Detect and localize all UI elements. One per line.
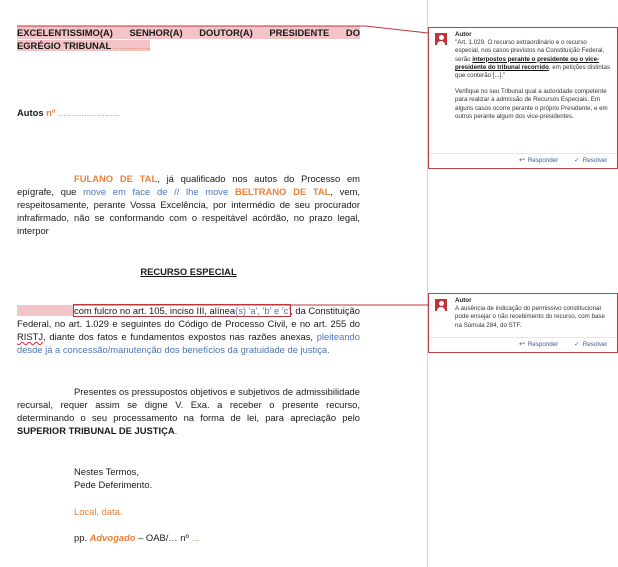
reply-icon: ↩ xyxy=(519,157,525,165)
court-name: SUPERIOR TRIBUNAL DE JUSTIÇA xyxy=(17,425,175,436)
presentes-end: . xyxy=(175,425,178,436)
reply-button[interactable]: ↩Responder xyxy=(519,157,558,165)
reply-label: Responder xyxy=(528,341,558,348)
sign-placeholder: ... xyxy=(192,532,200,543)
party-1: FULANO DE TAL xyxy=(74,173,157,184)
address-line-2: EGRÉGIO TRIBUNAL .............. xyxy=(17,40,150,51)
user-avatar-icon xyxy=(435,299,447,311)
intro-paragraph[interactable]: FULANO DE TAL, já qualificado nos autos … xyxy=(17,172,360,237)
resolve-button[interactable]: ✓Resolver xyxy=(574,157,607,165)
fundamento-paragraph[interactable]: com fulcro no art. 105, inciso III, alín… xyxy=(17,304,360,356)
comment-1-actions: ↩Responder ✓Resolver xyxy=(429,153,617,168)
comment-1-body: Autor "Art. 1.029. O recurso extraordiná… xyxy=(455,31,611,121)
resolve-icon: ✓ xyxy=(574,341,580,349)
local-data[interactable]: Local, data. xyxy=(74,505,354,518)
autos-line[interactable]: Autos nº ........................ xyxy=(17,106,360,119)
resolve-button[interactable]: ✓Resolver xyxy=(574,341,607,349)
reply-button[interactable]: ↩Responder xyxy=(519,341,558,349)
party-2: BELTRANO DE TAL xyxy=(235,186,330,197)
comment-2-actions: ↩Responder ✓Resolver xyxy=(429,337,617,352)
reply-label: Responder xyxy=(528,157,558,164)
presentes-text: Presentes os pressupostos objetivos e su… xyxy=(17,386,360,423)
alinea-option: (s) 'a', 'b' e 'c' xyxy=(235,305,290,316)
closing-line-1: Nestes Termos, xyxy=(74,465,354,478)
comment-author: Autor xyxy=(455,297,611,305)
commented-range[interactable]: com fulcro no art. 105, inciso III, alín… xyxy=(74,305,290,316)
autos-num: nº xyxy=(46,107,55,118)
ristj-misspelled[interactable]: RISTJ xyxy=(17,331,43,342)
comment-note: Verifique no seu Tribunal qual a autorid… xyxy=(455,88,611,121)
resolve-label: Resolver xyxy=(583,341,607,348)
fundamento-text-1: com fulcro no art. 105, inciso III, alín… xyxy=(74,305,235,316)
document-title: RECURSO ESPECIAL xyxy=(17,265,360,278)
closing[interactable]: Nestes Termos, Pede Deferimento. xyxy=(74,465,354,491)
reply-icon: ↩ xyxy=(519,341,525,349)
indent-highlight xyxy=(17,305,74,316)
sign-pp: pp. xyxy=(74,532,90,543)
presentes-paragraph[interactable]: Presentes os pressupostos objetivos e su… xyxy=(17,385,360,437)
sign-oab: – OAB/… nº xyxy=(135,532,191,543)
intro-space xyxy=(228,186,235,197)
autos-label: Autos xyxy=(17,107,44,118)
tribunal-placeholder: .............. xyxy=(114,40,150,51)
signature-line[interactable]: pp. Advogado – OAB/… nº ... xyxy=(74,531,354,544)
resolve-label: Resolver xyxy=(583,157,607,164)
resolve-icon: ✓ xyxy=(574,157,580,165)
comment-2[interactable]: Autor A ausência de indicação do permiss… xyxy=(428,293,618,353)
address-line-1: EXCELENTISSIMO(A) SENHOR(A) DOUTOR(A) PR… xyxy=(17,26,360,39)
autos-placeholder: ........................ xyxy=(58,107,121,118)
comment-text: A ausência de indicação do permissivo co… xyxy=(455,305,611,330)
comment-1[interactable]: Autor "Art. 1.029. O recurso extraordiná… xyxy=(428,27,618,169)
address-paragraph[interactable]: EXCELENTISSIMO(A) SENHOR(A) DOUTOR(A) PR… xyxy=(17,26,360,52)
closing-line-2: Pede Deferimento. xyxy=(74,478,354,491)
comment-author: Autor xyxy=(455,31,611,39)
comment-2-body: Autor A ausência de indicação do permiss… xyxy=(455,297,611,330)
fundamento-text-3: , diante dos fatos e fundamentos exposto… xyxy=(43,331,317,342)
comment-quote: "Art. 1.029. O recurso extraordinário e … xyxy=(455,39,611,80)
address-line-2-text: EGRÉGIO TRIBUNAL xyxy=(17,40,111,51)
sign-role: Advogado xyxy=(90,532,136,543)
intro-option: move em face de // lhe move xyxy=(83,186,228,197)
user-avatar-icon xyxy=(435,33,447,45)
